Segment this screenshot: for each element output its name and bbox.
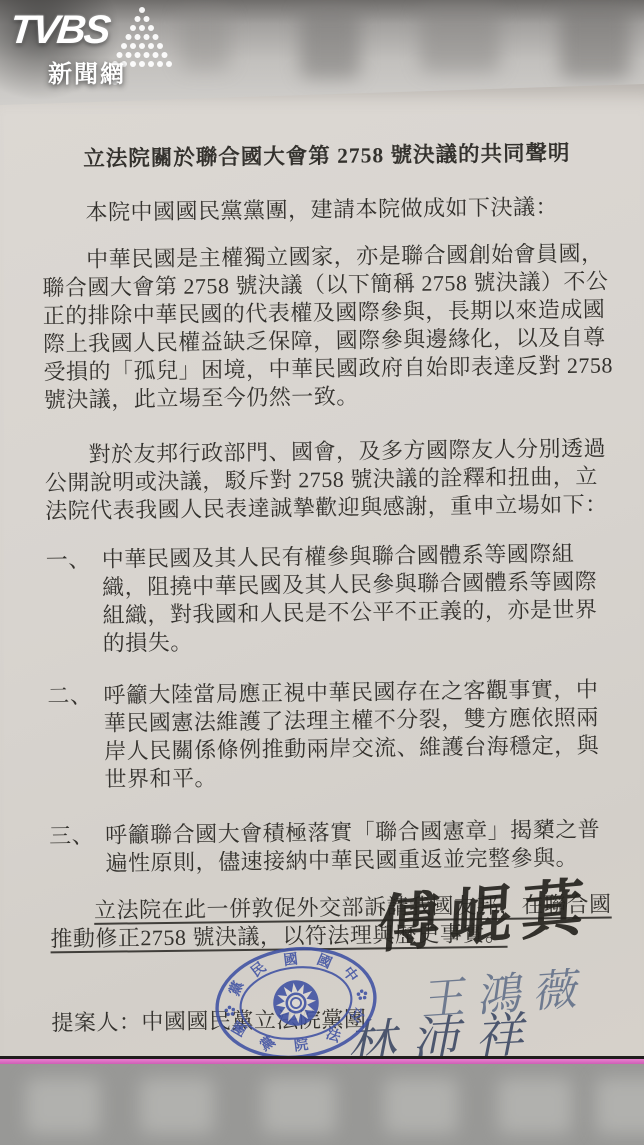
list-item: 一、 中華民國及其人民有權參與聯合國體系等國際組織，阻撓中華民國及其人民參與聯合… — [46, 539, 619, 658]
blurred-blob — [596, 1078, 644, 1134]
stamp-char: 國 — [282, 950, 298, 970]
list-item-marker: 一、 — [46, 546, 103, 659]
blurred-blob — [140, 1078, 214, 1134]
document-paper: 立法院關於聯合國大會第 2758 號決議的共同聲明 本院中國國民黨黨團，建請本院… — [0, 84, 644, 1060]
blurred-blob — [384, 1078, 458, 1134]
list-item: 三、 呼籲聯合國大會積極落實「聯合國憲章」揭櫫之普遍性原則，儘速接納中華民國重返… — [49, 815, 622, 878]
tvbs-watermark-logo: TVBS 新聞網 — [8, 2, 198, 102]
list-item-text: 呼籲大陸當局應正視中華民國存在之客觀事實，中華民國憲法維護了法理主權不分裂，雙方… — [103, 675, 620, 793]
kmt-caucus-stamp: 黨 民 國 國 中 團 黨 院 法 立 — [201, 934, 390, 1073]
blurred-blob — [262, 1078, 336, 1134]
document-paragraph: 對於友邦行政部門、國會，及多方國際友人分別透過公開說明或決議，駁斥對 2758 … — [44, 434, 617, 525]
background-blur-streak — [560, 8, 630, 78]
list-item-text: 中華民國及其人民有權參與聯合國體系等國際組織，阻撓中華民國及其人民參與聯合國體系… — [102, 539, 619, 657]
stamp-char: 院 — [293, 1035, 310, 1055]
stamp-char: 黨 — [256, 1031, 279, 1054]
stamp-sun-emblem — [271, 978, 322, 1029]
document-body: 立法院關於聯合國大會第 2758 號決議的共同聲明 本院中國國民黨黨團，建請本院… — [0, 80, 644, 1038]
blurred-blob — [26, 1078, 100, 1134]
background-blur-streak — [300, 8, 360, 78]
document-title: 立法院關於聯合國大會第 2758 號決議的共同聲明 — [41, 138, 613, 173]
background-blur-streak — [420, 6, 500, 72]
document-intro: 本院中國國民黨黨團，建請本院做成如下決議： — [41, 192, 613, 227]
tvbs-subtitle: 新聞網 — [48, 54, 126, 89]
list-item: 二、 呼籲大陸當局應正視中華民國存在之客觀事實，中華民國憲法維護了法理主權不分裂… — [47, 675, 620, 794]
list-item-text: 呼籲聯合國大會積極落實「聯合國憲章」揭櫫之普遍性原則，儘速接納中華民國重返並完整… — [105, 815, 622, 877]
tvbs-wordmark: TVBS — [8, 8, 111, 53]
document-paragraph: 中華民國是主權獨立國家，亦是聯合國創始會員國，聯合國大會第 2758 號決議（以… — [42, 239, 616, 414]
blurred-bottom-strip — [0, 1064, 644, 1145]
news-photo: TVBS 新聞網 立法院關於聯合國大會第 2758 號決議的共同聲明 本院中國國… — [0, 0, 644, 1145]
blurred-blob — [498, 1078, 572, 1134]
list-item-marker: 二、 — [47, 682, 104, 795]
list-item-marker: 三、 — [49, 822, 106, 879]
